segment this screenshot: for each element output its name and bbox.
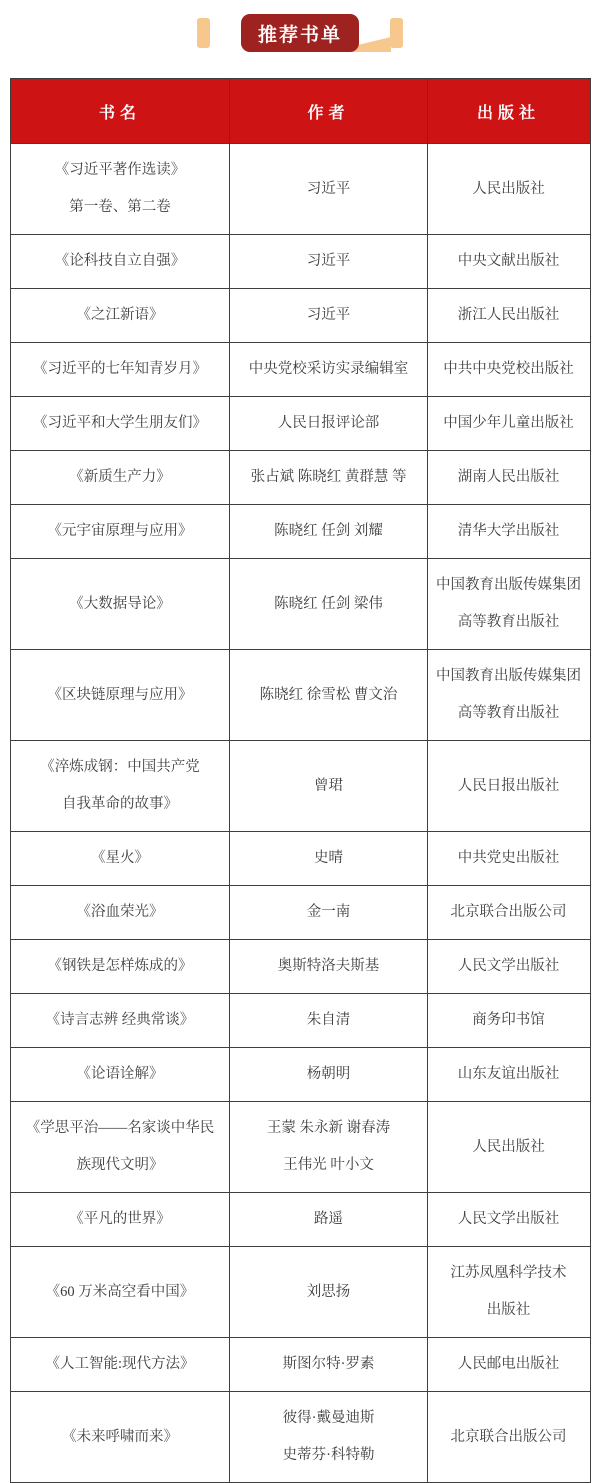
cell-line: 中共党史出版社 xyxy=(436,846,582,871)
banner: 推荐书单 xyxy=(0,14,600,52)
cell-line: 朱自清 xyxy=(238,1008,418,1033)
cell-line: 高等教育出版社 xyxy=(436,701,582,726)
table-row: 《区块链原理与应用》陈晓红 徐雪松 曹文治中国教育出版传媒集团高等教育出版社 xyxy=(10,650,590,741)
cell-book-title: 《之江新语》 xyxy=(10,289,230,343)
cell-book-title: 《未来呼啸而来》 xyxy=(10,1392,230,1483)
cell-publisher: 中国教育出版传媒集团高等教育出版社 xyxy=(427,559,590,650)
cell-line: 王蒙 朱永新 谢春涛 xyxy=(238,1116,418,1141)
cell-line: 陈晓红 徐雪松 曹文治 xyxy=(238,683,418,708)
table-row: 《之江新语》习近平浙江人民出版社 xyxy=(10,289,590,343)
cell-line: 人民日报评论部 xyxy=(238,411,418,436)
header-author: 作者 xyxy=(230,79,427,144)
cell-line: 《习近平的七年知青岁月》 xyxy=(19,357,222,382)
cell-line: 人民出版社 xyxy=(436,177,582,202)
cell-line: 中央文献出版社 xyxy=(436,249,582,274)
cell-line: 陈晓红 任剑 梁伟 xyxy=(238,592,418,617)
cell-publisher: 中国教育出版传媒集团高等教育出版社 xyxy=(427,650,590,741)
cell-publisher: 山东友谊出版社 xyxy=(427,1048,590,1102)
cell-publisher: 人民文学出版社 xyxy=(427,940,590,994)
cell-line: 人民邮电出版社 xyxy=(436,1352,582,1377)
table-row: 《人工智能:现代方法》斯图尔特·罗素人民邮电出版社 xyxy=(10,1338,590,1392)
cell-publisher: 中共党史出版社 xyxy=(427,832,590,886)
cell-author: 金一南 xyxy=(230,886,427,940)
cell-line: 刘思扬 xyxy=(238,1280,418,1305)
table-row: 《习近平的七年知青岁月》中央党校采访实录编辑室中共中央党校出版社 xyxy=(10,343,590,397)
cell-book-title: 《浴血荣光》 xyxy=(10,886,230,940)
header-book-title: 书名 xyxy=(10,79,230,144)
table-row: 《新质生产力》张占斌 陈晓红 黄群慧 等湖南人民出版社 xyxy=(10,451,590,505)
cell-publisher: 湖南人民出版社 xyxy=(427,451,590,505)
cell-book-title: 《淬炼成钢：中国共产党自我革命的故事》 xyxy=(10,741,230,832)
cell-line: 中国教育出版传媒集团 xyxy=(436,573,582,598)
cell-book-title: 《诗言志辨 经典常谈》 xyxy=(10,994,230,1048)
cell-publisher: 人民文学出版社 xyxy=(427,1193,590,1247)
cell-line: 《人工智能:现代方法》 xyxy=(19,1352,222,1377)
cell-line: 山东友谊出版社 xyxy=(436,1062,582,1087)
page: 推荐书单 书名 作者 出版社 《习近平著作选读》第一卷、第二卷习近平人民出版社《… xyxy=(0,0,600,1483)
cell-book-title: 《学思平治——名家谈中华民族现代文明》 xyxy=(10,1102,230,1193)
cell-book-title: 《习近平著作选读》第一卷、第二卷 xyxy=(10,144,230,235)
cell-line: 《大数据导论》 xyxy=(19,592,222,617)
book-list-table: 书名 作者 出版社 《习近平著作选读》第一卷、第二卷习近平人民出版社《论科技自立… xyxy=(10,78,591,1483)
cell-line: 习近平 xyxy=(238,303,418,328)
cell-line: 《新质生产力》 xyxy=(19,465,222,490)
cell-author: 中央党校采访实录编辑室 xyxy=(230,343,427,397)
cell-author: 斯图尔特·罗素 xyxy=(230,1338,427,1392)
cell-line: 中国教育出版传媒集团 xyxy=(436,664,582,689)
cell-book-title: 《大数据导论》 xyxy=(10,559,230,650)
cell-publisher: 人民日报出版社 xyxy=(427,741,590,832)
cell-book-title: 《习近平的七年知青岁月》 xyxy=(10,343,230,397)
table-row: 《论科技自立自强》习近平中央文献出版社 xyxy=(10,235,590,289)
cell-line: 人民文学出版社 xyxy=(436,954,582,979)
cell-author: 陈晓红 任剑 刘耀 xyxy=(230,505,427,559)
cell-publisher: 人民出版社 xyxy=(427,144,590,235)
cell-line: 《星火》 xyxy=(19,846,222,871)
cell-line: 曾珺 xyxy=(238,774,418,799)
table-row: 《60 万米高空看中国》刘思扬江苏凤凰科学技术出版社 xyxy=(10,1247,590,1338)
cell-book-title: 《60 万米高空看中国》 xyxy=(10,1247,230,1338)
cell-publisher: 中共中央党校出版社 xyxy=(427,343,590,397)
cell-author: 刘思扬 xyxy=(230,1247,427,1338)
cell-line: 江苏凤凰科学技术 xyxy=(436,1261,582,1286)
cell-line: 浙江人民出版社 xyxy=(436,303,582,328)
title-badge-label: 推荐书单 xyxy=(258,20,342,47)
cell-publisher: 中国少年儿童出版社 xyxy=(427,397,590,451)
cell-line: 中央党校采访实录编辑室 xyxy=(238,357,418,382)
cell-line: 自我革命的故事》 xyxy=(19,792,222,817)
cell-line: 习近平 xyxy=(238,177,418,202)
cell-line: 路遥 xyxy=(238,1207,418,1232)
cell-line: 杨朝明 xyxy=(238,1062,418,1087)
cell-line: 《未来呼啸而来》 xyxy=(19,1425,222,1450)
cell-book-title: 《区块链原理与应用》 xyxy=(10,650,230,741)
cell-line: 《论语诠解》 xyxy=(19,1062,222,1087)
cell-line: 族现代文明》 xyxy=(19,1153,222,1178)
cell-line: 彼得·戴曼迪斯 xyxy=(238,1406,418,1431)
table-row: 《星火》史晴中共党史出版社 xyxy=(10,832,590,886)
table-row: 《习近平和大学生朋友们》人民日报评论部中国少年儿童出版社 xyxy=(10,397,590,451)
cell-line: 北京联合出版公司 xyxy=(436,900,582,925)
cell-author: 曾珺 xyxy=(230,741,427,832)
title-banner: 推荐书单 xyxy=(197,14,403,52)
cell-author: 彼得·戴曼迪斯史蒂芬·科特勒 xyxy=(230,1392,427,1483)
cell-line: 《平凡的世界》 xyxy=(19,1207,222,1232)
banner-right-tab xyxy=(390,18,403,48)
table-row: 《诗言志辨 经典常谈》朱自清商务印书馆 xyxy=(10,994,590,1048)
cell-line: 人民日报出版社 xyxy=(436,774,582,799)
cell-author: 人民日报评论部 xyxy=(230,397,427,451)
cell-line: 陈晓红 任剑 刘耀 xyxy=(238,519,418,544)
cell-line: 《习近平和大学生朋友们》 xyxy=(19,411,222,436)
cell-line: 北京联合出版公司 xyxy=(436,1425,582,1450)
cell-line: 第一卷、第二卷 xyxy=(19,195,222,220)
cell-line: 人民出版社 xyxy=(436,1135,582,1160)
cell-author: 王蒙 朱永新 谢春涛王伟光 叶小文 xyxy=(230,1102,427,1193)
cell-line: 《60 万米高空看中国》 xyxy=(19,1280,222,1305)
cell-author: 杨朝明 xyxy=(230,1048,427,1102)
cell-publisher: 北京联合出版公司 xyxy=(427,886,590,940)
cell-book-title: 《星火》 xyxy=(10,832,230,886)
cell-line: 金一南 xyxy=(238,900,418,925)
cell-line: 清华大学出版社 xyxy=(436,519,582,544)
cell-author: 路遥 xyxy=(230,1193,427,1247)
cell-line: 《诗言志辨 经典常谈》 xyxy=(19,1008,222,1033)
cell-publisher: 人民出版社 xyxy=(427,1102,590,1193)
cell-author: 史晴 xyxy=(230,832,427,886)
table-row: 《大数据导论》陈晓红 任剑 梁伟中国教育出版传媒集团高等教育出版社 xyxy=(10,559,590,650)
cell-line: 史晴 xyxy=(238,846,418,871)
table-row: 《习近平著作选读》第一卷、第二卷习近平人民出版社 xyxy=(10,144,590,235)
table-row: 《学思平治——名家谈中华民族现代文明》王蒙 朱永新 谢春涛王伟光 叶小文人民出版… xyxy=(10,1102,590,1193)
cell-line: 中共中央党校出版社 xyxy=(436,357,582,382)
cell-author: 陈晓红 任剑 梁伟 xyxy=(230,559,427,650)
cell-line: 《之江新语》 xyxy=(19,303,222,328)
cell-publisher: 中央文献出版社 xyxy=(427,235,590,289)
title-badge: 推荐书单 xyxy=(241,14,359,52)
cell-line: 中国少年儿童出版社 xyxy=(436,411,582,436)
cell-publisher: 清华大学出版社 xyxy=(427,505,590,559)
cell-book-title: 《平凡的世界》 xyxy=(10,1193,230,1247)
cell-publisher: 人民邮电出版社 xyxy=(427,1338,590,1392)
cell-book-title: 《新质生产力》 xyxy=(10,451,230,505)
cell-line: 王伟光 叶小文 xyxy=(238,1153,418,1178)
cell-line: 张占斌 陈晓红 黄群慧 等 xyxy=(238,465,418,490)
cell-line: 史蒂芬·科特勒 xyxy=(238,1443,418,1468)
cell-line: 《论科技自立自强》 xyxy=(19,249,222,274)
cell-author: 陈晓红 徐雪松 曹文治 xyxy=(230,650,427,741)
cell-line: 《浴血荣光》 xyxy=(19,900,222,925)
table-row: 《论语诠解》杨朝明山东友谊出版社 xyxy=(10,1048,590,1102)
cell-line: 《钢铁是怎样炼成的》 xyxy=(19,954,222,979)
cell-publisher: 江苏凤凰科学技术出版社 xyxy=(427,1247,590,1338)
table-header-row: 书名 作者 出版社 xyxy=(10,79,590,144)
cell-line: 人民文学出版社 xyxy=(436,1207,582,1232)
table-row: 《未来呼啸而来》彼得·戴曼迪斯史蒂芬·科特勒北京联合出版公司 xyxy=(10,1392,590,1483)
cell-book-title: 《习近平和大学生朋友们》 xyxy=(10,397,230,451)
cell-author: 习近平 xyxy=(230,289,427,343)
cell-line: 习近平 xyxy=(238,249,418,274)
cell-line: 《区块链原理与应用》 xyxy=(19,683,222,708)
table-row: 《钢铁是怎样炼成的》奥斯特洛夫斯基人民文学出版社 xyxy=(10,940,590,994)
cell-author: 张占斌 陈晓红 黄群慧 等 xyxy=(230,451,427,505)
cell-author: 习近平 xyxy=(230,235,427,289)
table-body: 《习近平著作选读》第一卷、第二卷习近平人民出版社《论科技自立自强》习近平中央文献… xyxy=(10,144,590,1483)
cell-line: 《学思平治——名家谈中华民 xyxy=(19,1116,222,1141)
cell-publisher: 商务印书馆 xyxy=(427,994,590,1048)
cell-line: 高等教育出版社 xyxy=(436,610,582,635)
table-row: 《元宇宙原理与应用》陈晓红 任剑 刘耀清华大学出版社 xyxy=(10,505,590,559)
cell-book-title: 《钢铁是怎样炼成的》 xyxy=(10,940,230,994)
cell-publisher: 北京联合出版公司 xyxy=(427,1392,590,1483)
cell-line: 《淬炼成钢：中国共产党 xyxy=(19,755,222,780)
cell-line: 奥斯特洛夫斯基 xyxy=(238,954,418,979)
banner-left-tab xyxy=(197,18,210,48)
cell-line: 《元宇宙原理与应用》 xyxy=(19,519,222,544)
cell-line: 《习近平著作选读》 xyxy=(19,158,222,183)
cell-book-title: 《人工智能:现代方法》 xyxy=(10,1338,230,1392)
cell-book-title: 《论语诠解》 xyxy=(10,1048,230,1102)
cell-author: 朱自清 xyxy=(230,994,427,1048)
cell-line: 商务印书馆 xyxy=(436,1008,582,1033)
cell-publisher: 浙江人民出版社 xyxy=(427,289,590,343)
cell-line: 斯图尔特·罗素 xyxy=(238,1352,418,1377)
cell-line: 出版社 xyxy=(436,1298,582,1323)
cell-book-title: 《论科技自立自强》 xyxy=(10,235,230,289)
header-publisher: 出版社 xyxy=(427,79,590,144)
table-row: 《平凡的世界》路遥人民文学出版社 xyxy=(10,1193,590,1247)
cell-author: 奥斯特洛夫斯基 xyxy=(230,940,427,994)
cell-line: 湖南人民出版社 xyxy=(436,465,582,490)
table-row: 《浴血荣光》金一南北京联合出版公司 xyxy=(10,886,590,940)
table-row: 《淬炼成钢：中国共产党自我革命的故事》曾珺人民日报出版社 xyxy=(10,741,590,832)
cell-book-title: 《元宇宙原理与应用》 xyxy=(10,505,230,559)
cell-author: 习近平 xyxy=(230,144,427,235)
